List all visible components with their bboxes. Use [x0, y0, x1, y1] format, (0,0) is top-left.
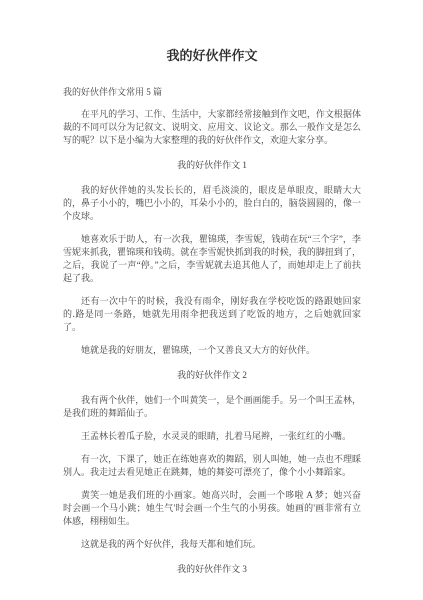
- document-page: 我的好伙伴作文 我的好伙伴作文常用 5 篇 在平凡的学习、工作、生活中，大家都经…: [0, 0, 423, 600]
- section-heading-1: 我的好伙伴作文 1: [63, 159, 361, 172]
- paragraph: 黄笑一她是我们班的小画家。她高兴时，会画一个哆啦 A 梦；她兴奋时会画一个马小跳…: [63, 489, 361, 528]
- document-title: 我的好伙伴作文: [63, 48, 361, 64]
- intro-paragraph: 在平凡的学习、工作、生活中，大家都经常接触到作文吧，作文根据体裁的不同可以分为记…: [63, 108, 361, 147]
- paragraph: 我的好伙伴她的头发长长的，眉毛淡淡的，眼皮是单眼皮，眼睛大大的，鼻子小小的，嘴巴…: [63, 184, 361, 223]
- paragraph: 有一次，下课了，她正在练她喜欢的舞蹈，别人叫她，她一点也不理睬别人。我走过去看见…: [63, 453, 361, 479]
- section-heading-3: 我的好伙伴作文 3: [63, 563, 361, 576]
- paragraph: 这就是我的两个好伙伴，我每天都和她们玩。: [63, 538, 361, 551]
- paragraph: 她就是我的好朋友，瞿锦瑛，一个又善良又大方的好伙伴。: [63, 344, 361, 357]
- paragraph: 我有两个伙伴，她们一个叫黄笑一，是个画画能手。另一个叫王孟林，是我们班的舞蹈仙子…: [63, 394, 361, 420]
- paragraph: 她喜欢乐于助人，有一次我，瞿锦瑛，李雪妮，钱萌在玩“三个字”，李雪妮来抓我，瞿锦…: [63, 233, 361, 285]
- paragraph: 还有一次中午的时候，我没有雨伞，刚好我在学校吃饭的路跟她回家的.路是同一条路，她…: [63, 295, 361, 334]
- document-subtitle: 我的好伙伴作文常用 5 篇: [63, 86, 361, 99]
- paragraph: 王孟林长着瓜子脸，水灵灵的眼睛，扎着马尾辫，一张红红的小嘴。: [63, 430, 361, 443]
- section-heading-2: 我的好伙伴作文 2: [63, 369, 361, 382]
